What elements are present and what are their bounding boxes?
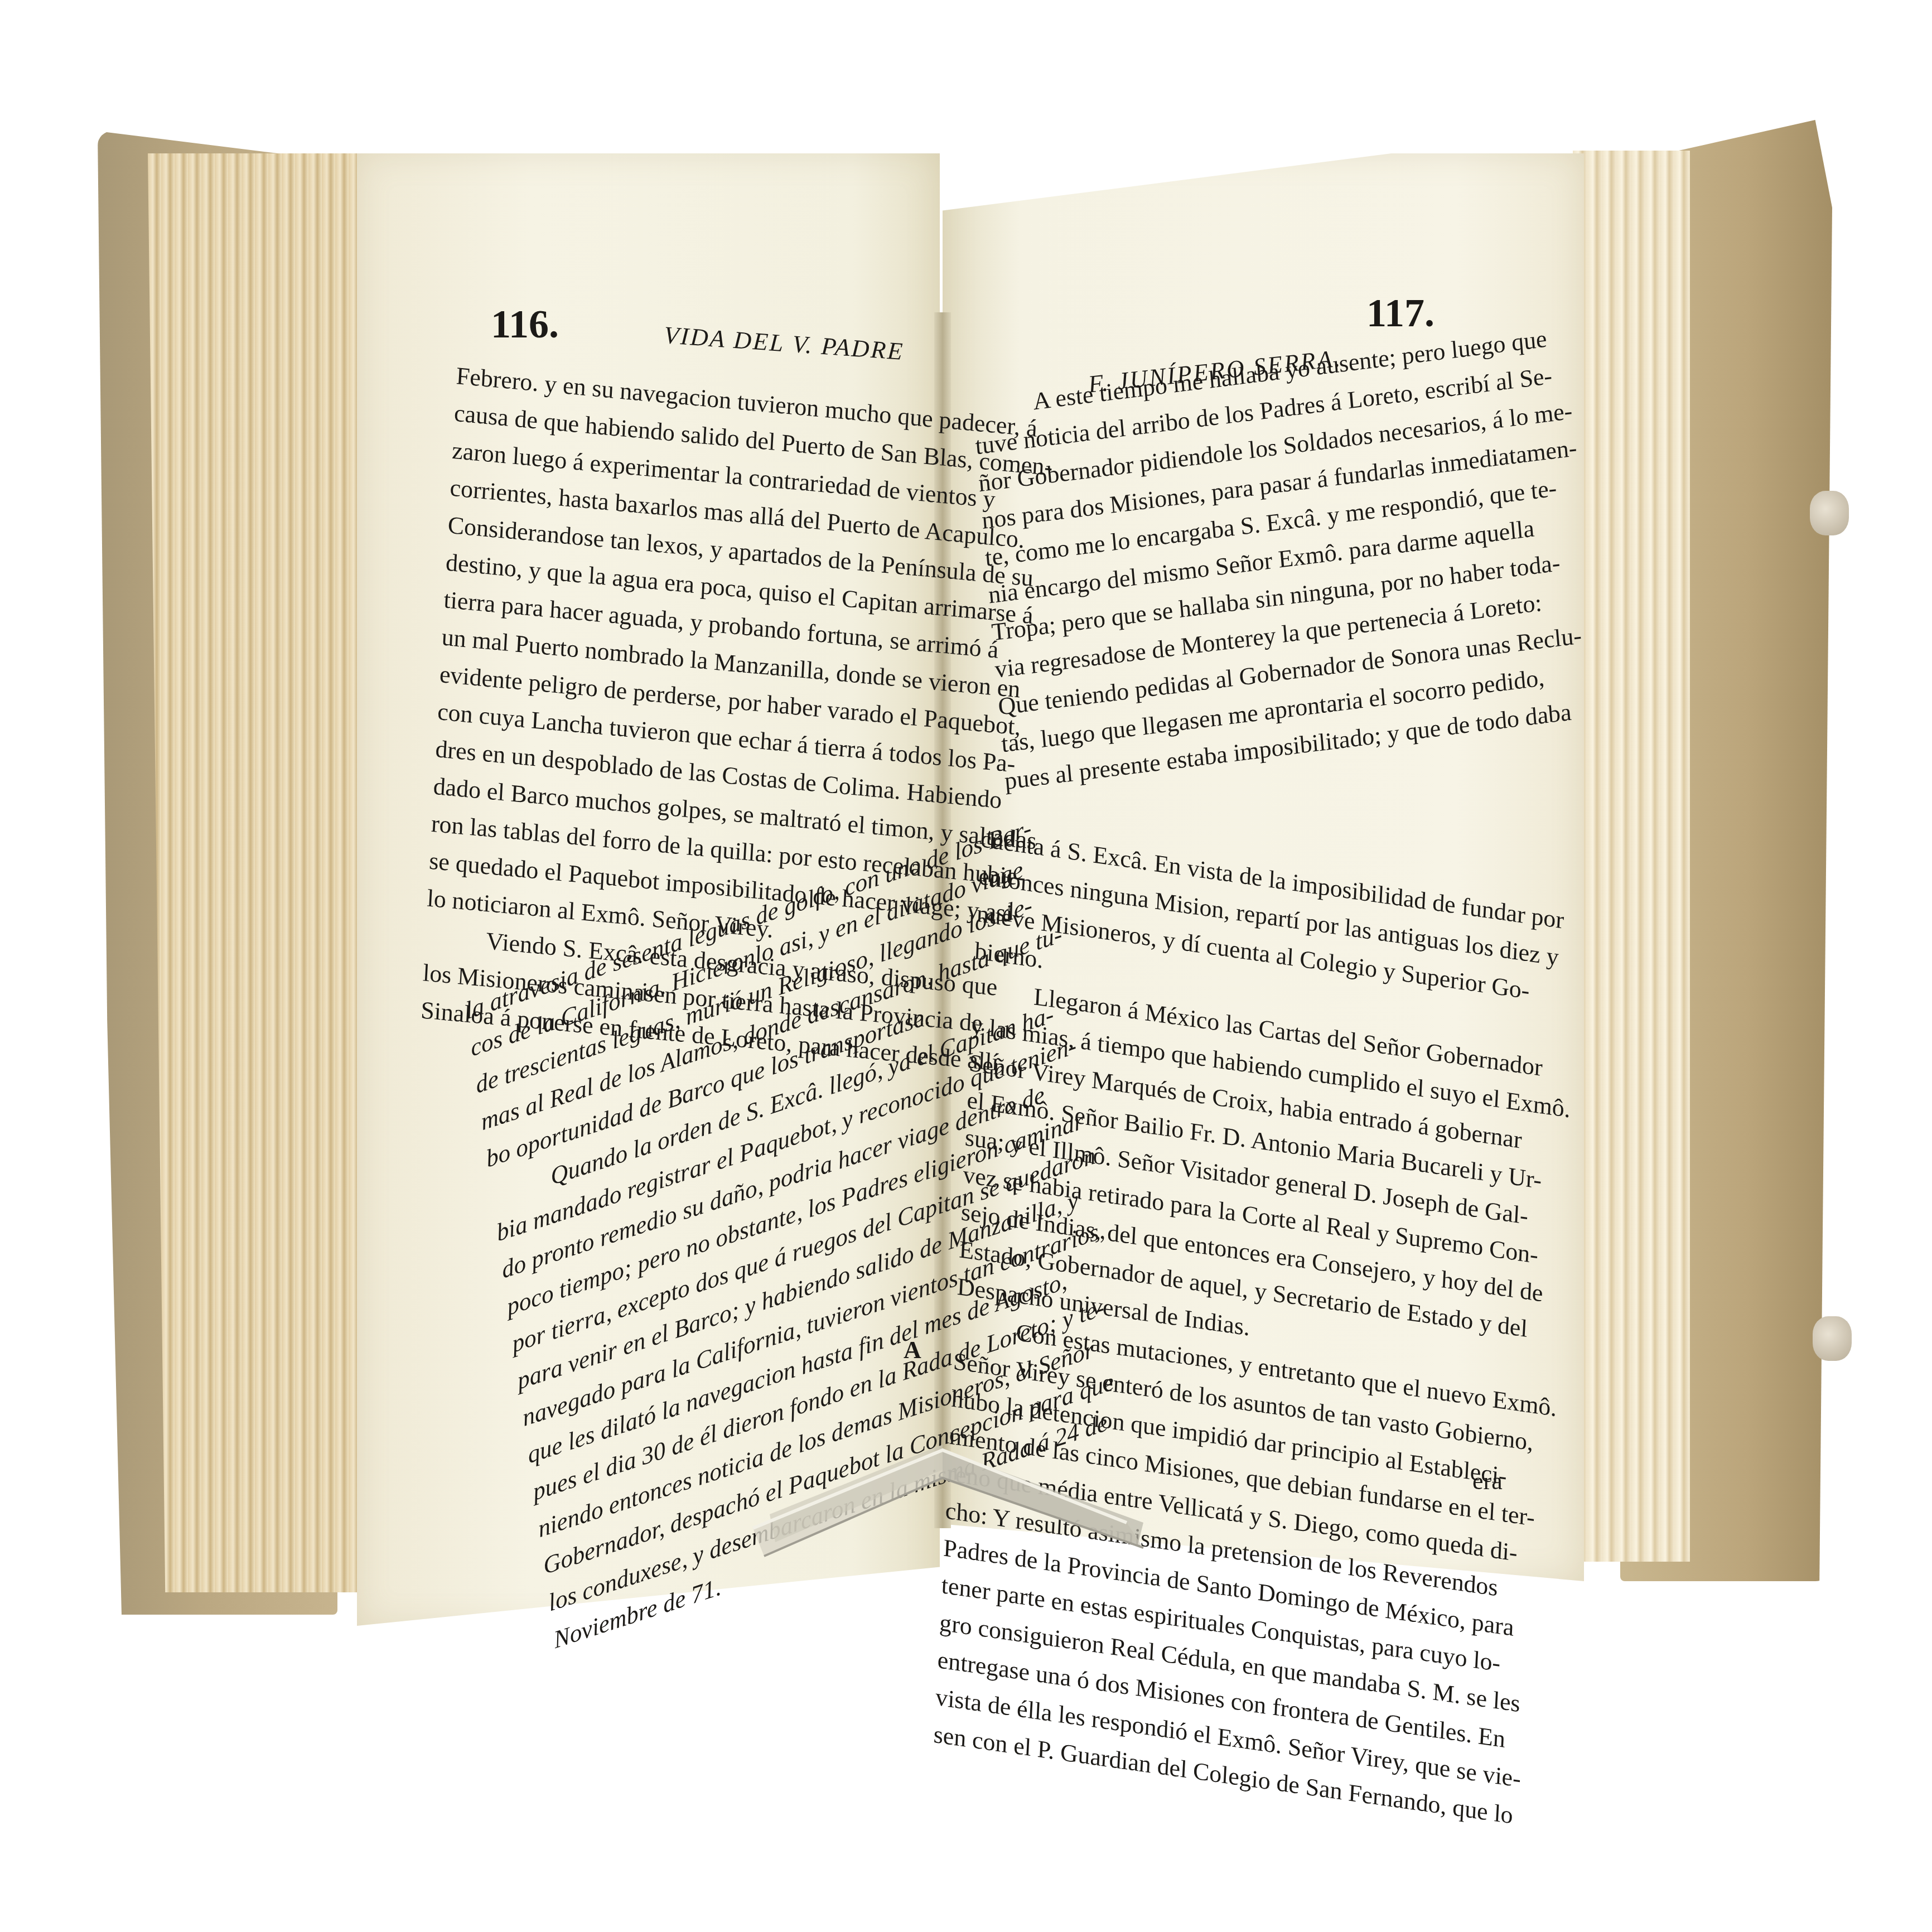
right-page-text-lower: cuenta á S. Excâ. En vista de la imposib…: [933, 820, 1503, 1826]
book-photo: 116. VIDA DEL V. PADRE Febrero. y en su …: [0, 0, 1932, 1932]
right-page-edges: [1573, 151, 1690, 1562]
catchword: era: [1472, 1467, 1503, 1495]
signature-mark: A: [904, 1336, 921, 1364]
cover-tie-upper: [1810, 491, 1849, 535]
left-page-edges: [148, 153, 365, 1592]
acrylic-book-stand: [731, 1417, 1361, 1562]
left-page-number: 116.: [491, 301, 559, 347]
right-page-number: 117.: [1366, 290, 1434, 336]
cover-tie-lower: [1813, 1316, 1852, 1361]
right-page-text-upper: A este tiempo me hallaba yo ausente; per…: [970, 326, 1527, 800]
